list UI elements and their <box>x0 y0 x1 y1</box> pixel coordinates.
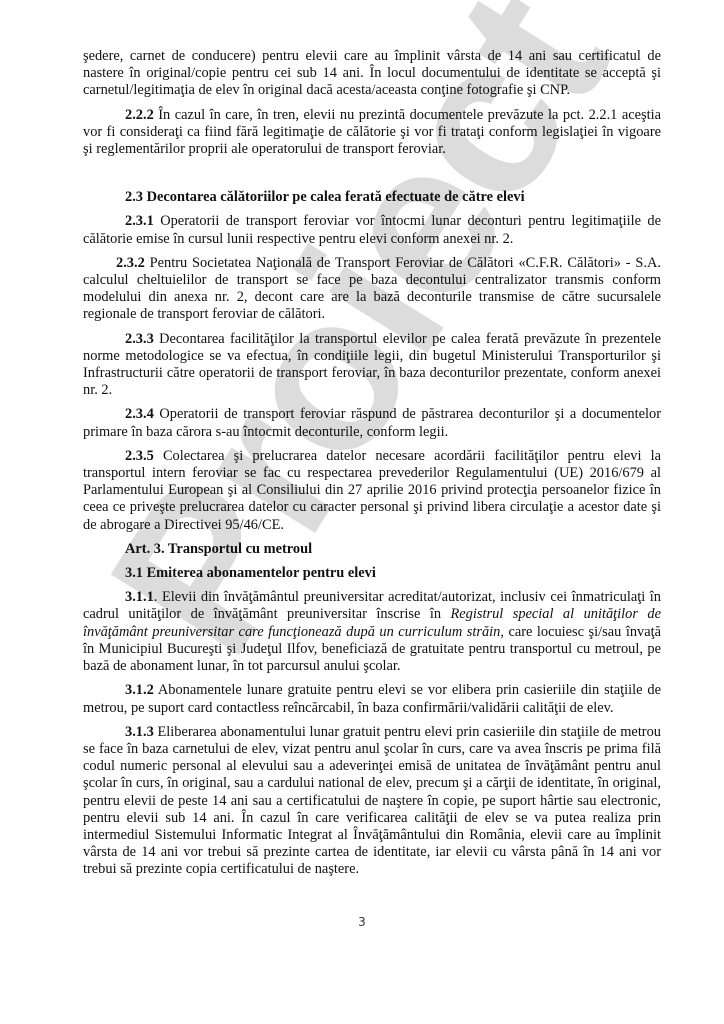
clause-number: 3.1.3 <box>125 724 154 740</box>
paragraph-2-3-4: 2.3.4 Operatorii de transport feroviar r… <box>83 406 661 440</box>
paragraph-2-2-2: 2.2.2 În cazul în care, în tren, elevii … <box>83 107 661 159</box>
clause-number: 3.1.1 <box>125 589 154 605</box>
paragraph-2-3-2: 2.3.2 Pentru Societatea Naţională de Tra… <box>83 255 661 324</box>
clause-number: 2.3.2 <box>116 255 145 271</box>
paragraph-3-1-1: 3.1.1. Elevii din învăţământul preuniver… <box>83 589 661 675</box>
paragraph-2-3-5: 2.3.5 Colectarea şi prelucrarea datelor … <box>83 448 661 534</box>
paragraph-2-3-1: 2.3.1 Operatorii de transport feroviar v… <box>83 213 661 247</box>
page-number: 3 <box>0 915 724 929</box>
document-page: Proiect şedere, carnet de conducere) pen… <box>0 0 724 1024</box>
clause-number: 3.1.2 <box>125 682 154 698</box>
paragraph-2-3-3: 2.3.3 Decontarea facilităţilor la transp… <box>83 331 661 400</box>
spacer <box>83 165 661 189</box>
section-heading-3-1: 3.1 Emiterea abonamentelor pentru elevi <box>125 565 661 582</box>
document-body: şedere, carnet de conducere) pentru elev… <box>83 48 661 886</box>
clause-number: 2.3.4 <box>125 406 154 422</box>
clause-number: 2.3.1 <box>125 213 154 229</box>
article-heading-3: Art. 3. Transportul cu metroul <box>125 541 661 558</box>
paragraph-continuation: şedere, carnet de conducere) pentru elev… <box>83 48 661 100</box>
clause-number: 2.3.5 <box>125 448 154 464</box>
clause-number: 2.3.3 <box>125 331 154 347</box>
paragraph-3-1-2: 3.1.2 Abonamentele lunare gratuite pentr… <box>83 682 661 716</box>
paragraph-3-1-3: 3.1.3 Eliberarea abonamentului lunar gra… <box>83 724 661 879</box>
section-heading-2-3: 2.3 Decontarea călătoriilor pe calea fer… <box>125 189 661 206</box>
clause-number: 2.2.2 <box>125 107 154 123</box>
